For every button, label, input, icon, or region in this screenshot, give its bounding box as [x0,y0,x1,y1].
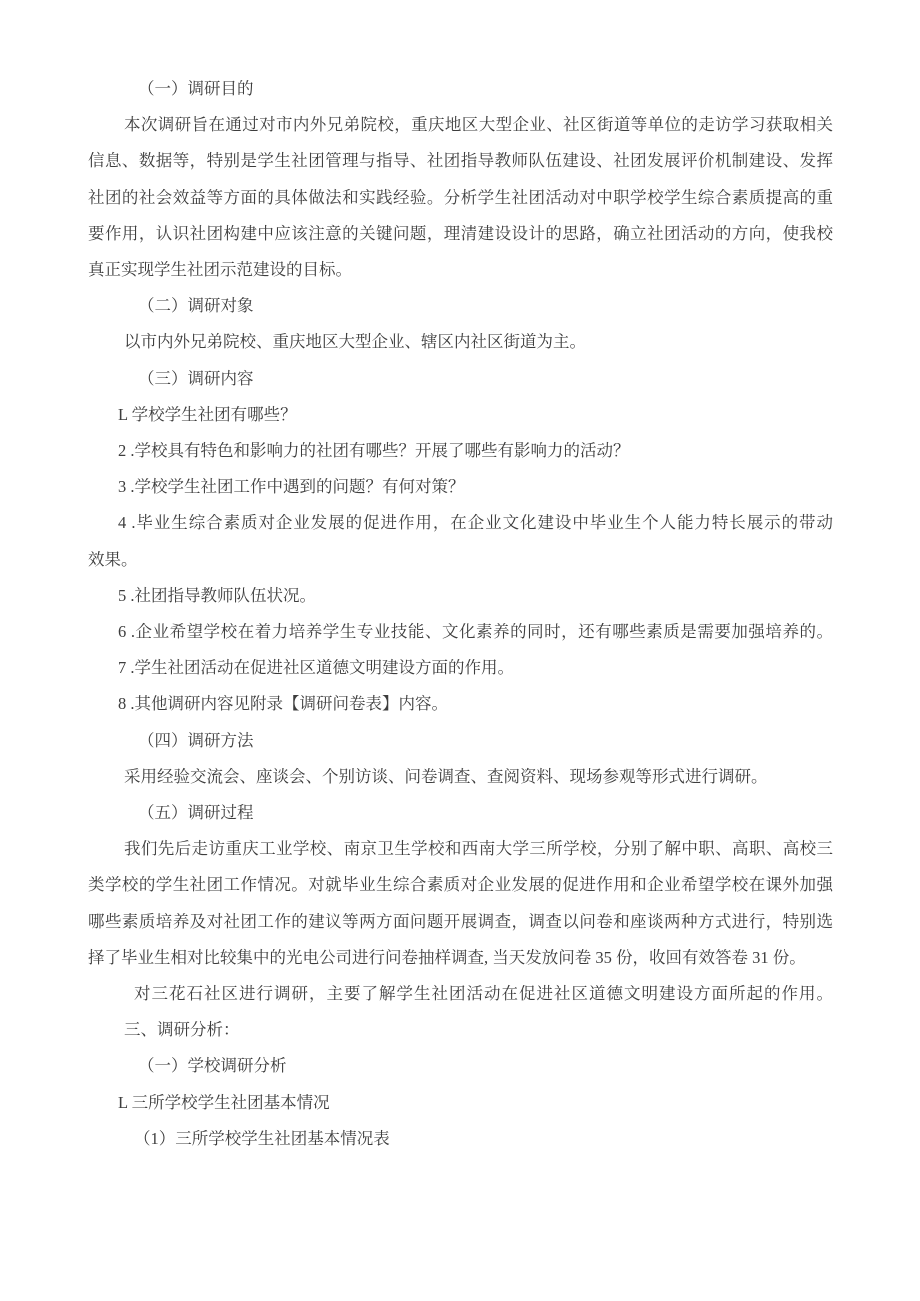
text-line: 6 .企业希望学校在着力培养学生专业技能、文化素养的同时，还有哪些素质是需要加强… [88,614,833,650]
text-line: L 三所学校学生社团基本情况 [88,1085,833,1121]
text-line: 社团的社会效益等方面的具体做法和实践经验。分析学生社团活动对中职学校学生综合素质… [88,180,833,216]
text-line: 真正实现学生社团示范建设的目标。 [88,252,833,288]
text-line: 2 .学校具有特色和影响力的社团有哪些？开展了哪些有影响力的活动？ [88,433,833,469]
text-line: 我们先后走访重庆工业学校、南京卫生学校和西南大学三所学校，分别了解中职、高职、高… [88,831,833,867]
text-line: （三）调研内容 [88,361,833,397]
text-line: 8 .其他调研内容见附录【调研问卷表】内容。 [88,686,833,722]
text-line: （一）学校调研分析 [88,1048,833,1084]
text-line: 采用经验交流会、座谈会、个别访谈、问卷调查、查阅资料、现场参观等形式进行调研。 [88,759,833,795]
text-line: （二）调研对象 [88,288,833,324]
text-line: 以市内外兄弟院校、重庆地区大型企业、辖区内社区街道为主。 [88,324,833,360]
text-line: （五）调研过程 [88,795,833,831]
document-page: （一）调研目的本次调研旨在通过对市内外兄弟院校，重庆地区大型企业、社区街道等单位… [0,0,920,1301]
text-line: （四）调研方法 [88,723,833,759]
text-line: 效果。 [88,542,833,578]
text-line: 3 .学校学生社团工作中遇到的问题？有何对策？ [88,469,833,505]
text-line: 7 .学生社团活动在促进社区道德文明建设方面的作用。 [88,650,833,686]
text-line: 4 .毕业生综合素质对企业发展的促进作用，在企业文化建设中毕业生个人能力特长展示… [88,505,833,541]
text-line: 三、调研分析： [88,1012,833,1048]
text-line: 本次调研旨在通过对市内外兄弟院校，重庆地区大型企业、社区街道等单位的走访学习获取… [88,107,833,143]
document-body: （一）调研目的本次调研旨在通过对市内外兄弟院校，重庆地区大型企业、社区街道等单位… [88,71,833,1157]
text-line: L 学校学生社团有哪些？ [88,397,833,433]
text-line: 类学校的学生社团工作情况。对就毕业生综合素质对企业发展的促进作用和企业希望学校在… [88,867,833,903]
text-line: 信息、数据等，特别是学生社团管理与指导、社团指导教师队伍建设、社团发展评价机制建… [88,143,833,179]
text-line: 要作用，认识社团构建中应该注意的关键问题，理清建设设计的思路，确立社团活动的方向… [88,216,833,252]
text-line: 哪些素质培养及对社团工作的建议等两方面问题开展调查，调查以问卷和座谈两种方式进行… [88,904,833,940]
text-line: （一）调研目的 [88,71,833,107]
text-line: 对三花石社区进行调研，主要了解学生社团活动在促进社区道德文明建设方面所起的作用。 [88,976,833,1012]
text-line: 择了毕业生相对比较集中的光电公司进行问卷抽样调查, 当天发放问卷 35 份，收回… [88,940,833,976]
text-line: （1）三所学校学生社团基本情况表 [88,1121,833,1157]
text-line: 5 .社团指导教师队伍状况。 [88,578,833,614]
